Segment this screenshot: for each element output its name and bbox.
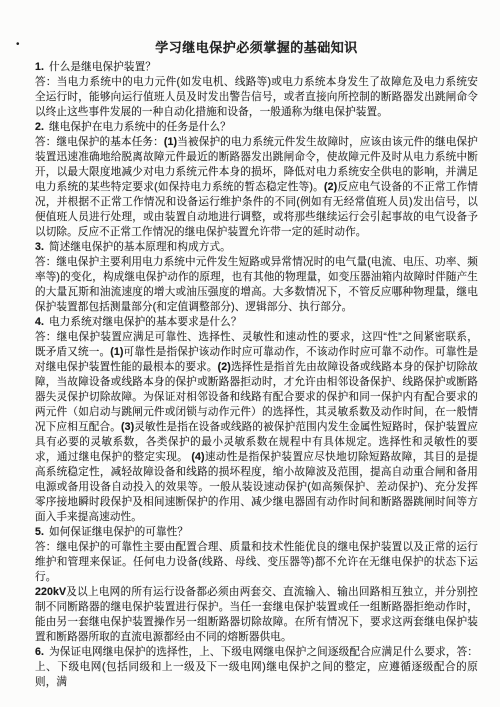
question-text: 电力系统对继电保护的基本要求是什么？ — [49, 316, 242, 328]
answer-paragraph: 220kV及以上电网的所有运行设备都必须由两套交、直流输入、输出回路相互独立，并… — [35, 585, 478, 645]
answer-text: 及以上电网的所有运行设备都必须由两套交、直流输入、输出回路相互独立，并分别控制不… — [35, 586, 478, 643]
answer-text: 答：继电保护的可靠性主要由配置合理、质量和技术性能优良的继电保护装置以及正常的运… — [35, 541, 478, 583]
question-line: 1.什么是继电保护装置？ — [35, 60, 478, 75]
question-text: 为保证电网继电保护的选择性，上、下级电网继电保护之间逐级配合应满足什么要求，答：… — [35, 646, 478, 688]
answer-text: 答：继电保护主要利用电力系统中元件发生短路或异常情况时的电气量(电流、电压、功率… — [35, 256, 478, 313]
question-number: 3. — [35, 241, 44, 253]
answer-paragraph: 答：当电力系统中的电力元件(如发电机、线路等)或电力系统本身发生了故障危及电力系… — [35, 75, 478, 120]
list-bullet-icon: • — [16, 40, 20, 50]
answer-paragraph: 答：继电保护的可靠性主要由配置合理、质量和技术性能优良的继电保护装置以及正常的运… — [35, 540, 478, 585]
question-number: 5. — [35, 526, 44, 538]
question-text: 什么是继电保护装置？ — [49, 61, 156, 73]
answer-paragraph: 答：继电保护装置应满足可靠性、选择性、灵敏性和速动性的要求，这四“性”之间紧密联… — [35, 330, 478, 525]
question-number: 4. — [35, 316, 44, 328]
page-title: 学习继电保护必须掌握的基础知识 — [35, 40, 478, 56]
answer-marker: (1) — [110, 346, 123, 358]
answer-marker: (2) — [218, 361, 231, 373]
question-text: 继电保护在电力系统中的任务是什么？ — [49, 121, 231, 133]
answer-text: 答：当电力系统中的电力元件(如发电机、线路等)或电力系统本身发生了故障危及电力系… — [35, 76, 478, 118]
answer-marker: (2) — [324, 181, 337, 193]
document-content: 学习继电保护必须掌握的基础知识 1.什么是继电保护装置？答：当电力系统中的电力元… — [35, 40, 478, 690]
question-line: 3.简述继电保护的基本原理和构成方式。 — [35, 240, 478, 255]
question-text: 简述继电保护的基本原理和构成方式。 — [49, 241, 231, 253]
question-line: 5.如何保证继电保护的可靠性？ — [35, 525, 478, 540]
answer-marker: 220kV — [35, 586, 66, 598]
question-text: 如何保证继电保护的可靠性？ — [49, 526, 188, 538]
question-number: 6. — [35, 646, 44, 658]
answer-paragraph: 答：继电保护的基本任务：(1)当被保护的电力系统元件发生故障时，应该由该元件的继… — [35, 135, 478, 240]
answer-text: 答：继电保护的基本任务： — [35, 136, 164, 148]
answer-paragraph: 答：继电保护主要利用电力系统中元件发生短路或异常情况时的电气量(电流、电压、功率… — [35, 255, 478, 315]
answer-marker: (3) — [121, 421, 134, 433]
qa-list: 1.什么是继电保护装置？答：当电力系统中的电力元件(如发电机、线路等)或电力系统… — [35, 60, 478, 690]
question-number: 2. — [35, 121, 44, 133]
question-line: 6.为保证电网继电保护的选择性，上、下级电网继电保护之间逐级配合应满足什么要求，… — [35, 645, 478, 690]
question-line: 4.电力系统对继电保护的基本要求是什么？ — [35, 315, 478, 330]
question-number: 1. — [35, 61, 44, 73]
answer-marker: (4) — [191, 451, 204, 463]
question-line: 2.继电保护在电力系统中的任务是什么？ — [35, 120, 478, 135]
scanned-document-page: • 学习继电保护必须掌握的基础知识 1.什么是继电保护装置？答：当电力系统中的电… — [0, 0, 500, 707]
answer-marker: (1) — [164, 136, 177, 148]
